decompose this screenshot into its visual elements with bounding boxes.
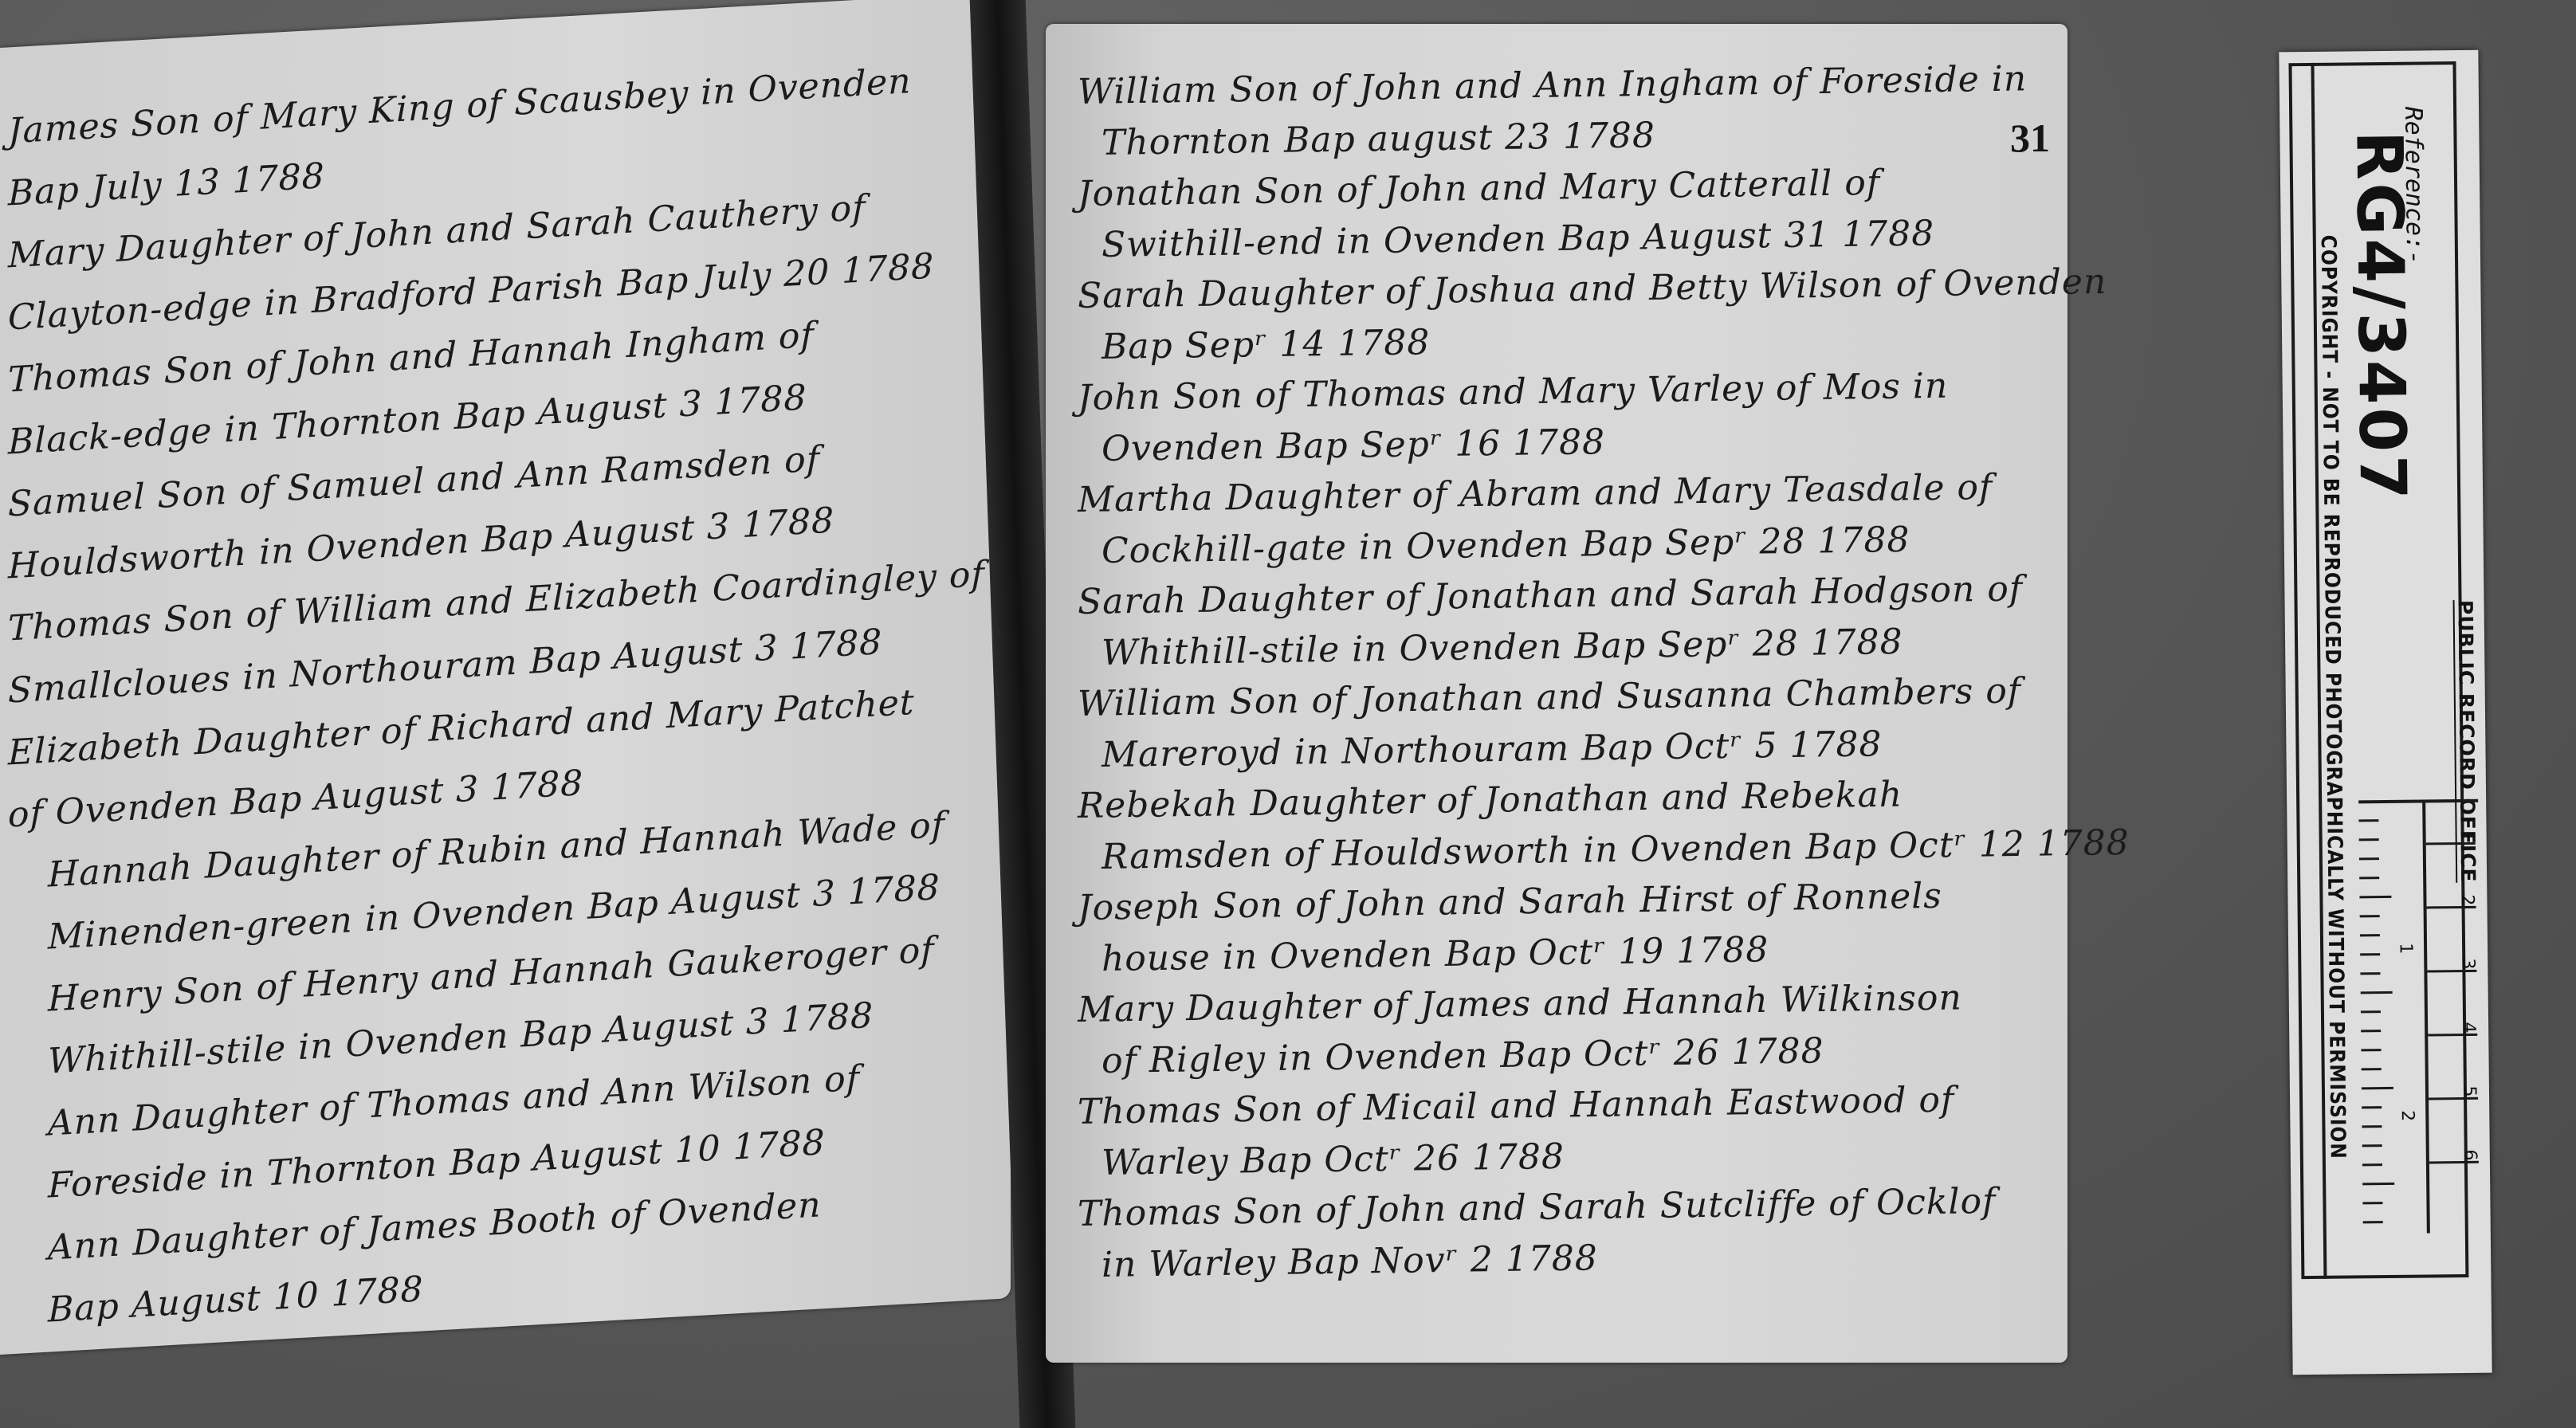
register-line: Whithill-stile in Ovenden Bap Sepʳ 28 17… [1101, 622, 1903, 673]
scale-tick [2362, 1087, 2393, 1089]
register-line: Warley Bap Octʳ 26 1788 [1101, 1136, 1565, 1183]
register-line: Thomas Son of Micail and Hannah Eastwood… [1078, 1080, 1955, 1132]
scale-tick [2362, 1068, 2382, 1070]
register-line: William Son of Jonathan and Susanna Cham… [1078, 670, 2022, 724]
scale-tick [2361, 1049, 2381, 1051]
scale-cm-tick [2428, 1034, 2477, 1037]
scale-cm-label: 2 [2457, 894, 2477, 905]
register-line: of Rigley in Ovenden Bap Octʳ 26 1788 [1101, 1030, 1824, 1081]
scale-tick [2362, 1183, 2394, 1185]
left-page-entries: James Son of Mary King of Scausbey in Ov… [0, 0, 1011, 1355]
register-line: Swithill-end in Ovenden Bap August 31 17… [1101, 213, 1935, 265]
register-line: Bap August 10 1788 [48, 1269, 424, 1330]
scale-tick [2359, 896, 2391, 898]
scale-cm-label: 6 [2460, 1149, 2480, 1160]
scale-tick [2360, 934, 2380, 936]
scale-tick [2360, 972, 2380, 975]
register-line: James Son of Mary King of Scausbey in Ov… [8, 61, 912, 151]
register-line: Joseph Son of John and Sarah Hirst of Ro… [1078, 876, 1943, 928]
scale-tick [2358, 819, 2378, 822]
scale-tick [2359, 838, 2379, 841]
register-line: Bap Sepʳ 14 1788 [1101, 322, 1431, 367]
register-line: John Son of Thomas and Mary Varley of Mo… [1078, 366, 1949, 418]
scale-tick [2362, 1202, 2382, 1204]
scale-tick [2360, 953, 2380, 955]
reference-label: Reference:- RG4/3407 COPYRIGHT - NOT TO … [2279, 50, 2492, 1375]
register-line: Sarah Daughter of Jonathan and Sarah Hod… [1078, 568, 2024, 622]
scale-cm-tick [2429, 1097, 2478, 1100]
register-line: William Son of John and Ann Ingham of Fo… [1078, 58, 2028, 112]
register-line: Martha Daughter of Abram and Mary Teasda… [1078, 467, 1993, 520]
right-page-entries: William Son of John and Ann Ingham of Fo… [1046, 24, 2067, 1363]
scale-tick [2361, 991, 2393, 994]
left-page: James Son of Mary King of Scausbey in Ov… [0, 0, 1011, 1355]
scale-inch-label: 2 [2397, 1110, 2417, 1121]
scale-cm-tick [2426, 842, 2476, 845]
register-line: of Ovenden Bap August 3 1788 [8, 763, 583, 835]
register-line: in Warley Bap Novʳ 2 1788 [1101, 1238, 1598, 1285]
scale-cm-label: 3 [2458, 958, 2478, 969]
scale-cm-label: 4 [2459, 1022, 2479, 1033]
register-line: Bap July 13 1788 [8, 155, 325, 214]
register-line: Ramsden of Houldsworth in Ovenden Bap Oc… [1101, 822, 2130, 877]
scale-tick [2362, 1106, 2382, 1108]
scale-cm-tick [2429, 1161, 2479, 1164]
scale-tick [2362, 1144, 2382, 1147]
scale-tick [2359, 877, 2379, 879]
register-line: Mary Daughter of James and Hannah Wilkin… [1078, 978, 1962, 1030]
scale-cm-label: 1 [2456, 830, 2476, 841]
scale-tick [2362, 1125, 2382, 1128]
reference-code: RG4/3407 [2342, 131, 2420, 504]
register-line: Jonathan Son of John and Mary Catterall … [1078, 163, 1881, 214]
measurement-scale: 12345612 [2358, 799, 2483, 1234]
scale-tick [2360, 915, 2380, 917]
scale-tick [2361, 1030, 2381, 1032]
register-line: Thomas Son of John and Sarah Sutcliffe o… [1078, 1181, 1997, 1234]
scale-tick [2362, 1163, 2382, 1166]
register-line: Cockhill-gate in Ovenden Bap Sepʳ 28 178… [1101, 520, 1910, 571]
scale-cm-label: 5 [2459, 1085, 2479, 1096]
right-page: William Son of John and Ann Ingham of Fo… [1046, 24, 2067, 1363]
scale-tick [2359, 857, 2379, 860]
scale-inch-label: 1 [2396, 943, 2416, 954]
register-line: Sarah Daughter of Joshua and Betty Wilso… [1078, 261, 2107, 316]
scale-tick [2361, 1010, 2381, 1013]
scale-cm-tick [2427, 970, 2476, 973]
register-line: Mareroyd in Northouram Bap Octʳ 5 1788 [1101, 724, 1883, 775]
register-line: Rebekah Daughter of Jonathan and Rebekah [1078, 775, 1903, 826]
scale-tick [2363, 1221, 2383, 1223]
page-number: 31 [2010, 115, 2050, 161]
register-line: Thornton Bap august 23 1788 [1101, 115, 1656, 163]
register-line: Ovenden Bap Sepʳ 16 1788 [1101, 422, 1606, 469]
scale-cm-tick [2427, 906, 2476, 909]
scale-divider [2422, 802, 2430, 1233]
register-line: house in Ovenden Bap Octʳ 19 1788 [1101, 929, 1769, 979]
